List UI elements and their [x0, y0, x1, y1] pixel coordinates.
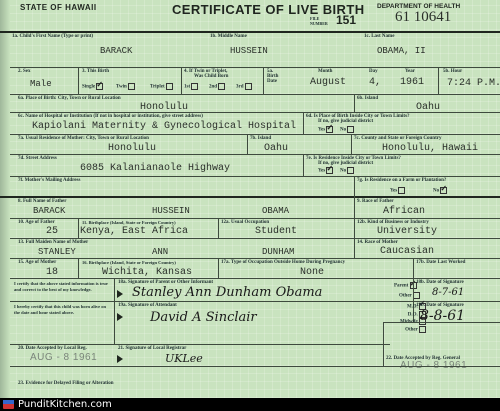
farm-no-checkbox[interactable] — [440, 187, 447, 194]
mother-age-label: 15. Age of Mother — [18, 260, 56, 266]
twin-checkbox[interactable] — [128, 83, 135, 90]
birth-inside-limits-label: 6d. Is Place of Birth Inside City or Tow… — [306, 114, 410, 124]
birth-year: 1961 — [400, 77, 424, 88]
local-registrar-signature: UKLee — [165, 352, 203, 365]
triplet-checkbox[interactable] — [166, 83, 173, 90]
informant-certification-statement: I certify that the above stated informat… — [14, 281, 112, 292]
mother-birthplace: Wichita, Kansas — [102, 267, 192, 278]
attendant-signature-label: 19a. Signature of Attendant — [118, 303, 177, 309]
mother-occupation-label: 17a. Type of Occupation Outside Home Dur… — [221, 260, 345, 266]
mother-residence-county-label: 7c. County and State or Foreign Country — [354, 136, 441, 142]
child-first-name: BARACK — [100, 46, 132, 56]
birth-inside-limits-no-checkbox[interactable] — [347, 126, 354, 133]
birth-day: 4, — [369, 77, 381, 88]
father-first-name: BARACK — [33, 206, 65, 216]
farm-yes-checkbox[interactable] — [398, 187, 405, 194]
second-born-checkbox[interactable] — [218, 83, 225, 90]
first-born-option: 1st — [184, 83, 198, 90]
birth-island-label: 6b. Island — [357, 96, 378, 102]
farm-label: 7g. Is Residence on a Farm or Plantation… — [357, 178, 446, 184]
birth-inside-limits-no: No — [340, 126, 354, 133]
page-edge — [0, 0, 10, 398]
birth-inside-limits-yes: Yes — [318, 126, 333, 133]
mother-residence-city: Honolulu — [108, 143, 156, 154]
father-name-label: 8. Full Name of Father — [18, 199, 66, 205]
site-logo-icon — [3, 400, 14, 409]
father-business: University — [377, 226, 437, 237]
father-age: 25 — [46, 226, 58, 237]
sex-label: 2. Sex — [18, 69, 31, 75]
birth-date-label: 5a.BirthDate — [267, 69, 278, 84]
attendant-other-checkbox[interactable] — [419, 326, 426, 333]
site-name: PunditKitchen.com — [18, 399, 112, 410]
day-label: Day — [369, 69, 378, 75]
hospital-name: Kapiolani Maternity & Gynecological Hosp… — [32, 121, 296, 132]
birth-inside-limits-yes-checkbox[interactable] — [326, 126, 333, 133]
mother-residence-island-label: 7b. Island — [250, 136, 271, 142]
informant-arrow-icon — [117, 290, 123, 298]
single-checkbox[interactable] — [96, 83, 103, 90]
file-number-label: FILENUMBER — [310, 16, 328, 26]
farm-no: No — [433, 187, 447, 194]
child-sex: Male — [30, 79, 52, 89]
residence-inside-limits-no: No — [340, 167, 354, 174]
birth-certificate: STATE OF HAWAII CERTIFICATE OF LIVE BIRT… — [0, 0, 500, 398]
third-born-checkbox[interactable] — [245, 83, 252, 90]
residence-inside-limits-yes-checkbox[interactable] — [326, 167, 333, 174]
informant-other: Other — [399, 292, 420, 299]
hospital-label: 6c. Name of Hospital or Institution (If … — [18, 114, 203, 120]
father-birthplace: Kenya, East Africa — [80, 226, 188, 237]
mother-name-label: 13. Full Maiden Name of Mother — [18, 240, 88, 246]
mother-race: Caucasian — [380, 246, 434, 257]
residence-inside-limits-yes: Yes — [318, 167, 333, 174]
father-occupation: Student — [255, 226, 297, 237]
mother-first-name: STANLEY — [38, 247, 76, 257]
twin-option: Twin — [116, 83, 135, 90]
father-race-label: 9. Race of Father — [357, 199, 394, 205]
farm-yes: Yes — [390, 187, 405, 194]
informant-date-label: 18b. Date of Signature — [416, 280, 464, 286]
mother-residence-island: Oahu — [264, 143, 288, 154]
mother-occupation: None — [300, 267, 324, 278]
informant-date: 8-7-61 — [432, 287, 464, 298]
father-race: African — [383, 206, 425, 217]
residence-inside-limits-no-checkbox[interactable] — [347, 167, 354, 174]
local-accepted-stamp: AUG - 8 1961 — [30, 352, 97, 363]
twin-order-label: 4. If Twin or Triplet,Was Child Born — [184, 69, 228, 79]
birth-month: August — [310, 77, 346, 88]
mother-mailing-address-label: 7f. Mother's Mailing Address — [18, 178, 80, 184]
child-last-name: OBAMA, II — [377, 46, 426, 56]
watermark-footer: PunditKitchen.com — [0, 398, 500, 411]
mother-residence-county: Honolulu, Hawaii — [382, 143, 478, 154]
mother-age: 18 — [46, 267, 58, 278]
this-birth-label: 3. This Birth — [82, 69, 109, 75]
attendant-signature: David A Sinclair — [150, 310, 257, 325]
father-middle-name: HUSSEIN — [152, 206, 190, 216]
informant-signature: Stanley Ann Dunham Obama — [132, 285, 322, 300]
child-middle-name-label: 1b. Middle Name — [210, 34, 247, 40]
second-born-option: 2nd — [209, 83, 225, 90]
state-heading: STATE OF HAWAII — [20, 3, 97, 12]
child-last-name-label: 1c. Last Name — [364, 34, 394, 40]
father-last-name: OBAMA — [262, 206, 289, 216]
mother-residence-city-label: 7a. Usual Residence of Mother: City, Tow… — [18, 136, 149, 142]
month-label: Month — [318, 69, 332, 75]
attendant-arrow-icon — [117, 313, 123, 321]
registrar-arrow-icon — [117, 355, 123, 363]
third-born-option: 3rd — [236, 83, 252, 90]
single-option: Single — [82, 83, 103, 90]
mother-street-label: 7d. Street Address — [18, 156, 57, 162]
file-number: 151 — [336, 13, 356, 27]
birth-city-label: 6a. Place of Birth: City, Town or Rural … — [18, 96, 121, 102]
child-first-name-label: 1a. Child's First Name (Type or print) — [12, 34, 93, 40]
delayed-filing-label: 23. Evidence for Delayed Filing or Alter… — [18, 381, 114, 387]
first-born-checkbox[interactable] — [191, 83, 198, 90]
certificate-number: 61 10641 — [395, 9, 451, 26]
mother-street: 6085 Kalanianaole Highway — [80, 163, 230, 174]
residence-inside-limits-label: 7e. Is Residence Inside City or Town Lim… — [306, 156, 401, 166]
mother-birthplace-label: 16. Birthplace (Island, State or Foreign… — [82, 260, 176, 266]
child-middle-name: HUSSEIN — [230, 46, 268, 56]
year-label: Year — [405, 69, 415, 75]
birth-hour: 7:24 P.M. — [447, 78, 500, 89]
hour-label: 5b. Hour — [443, 69, 462, 75]
mother-last-name: DUNHAM — [262, 247, 294, 257]
triplet-option: Triplet — [150, 83, 173, 90]
mother-middle-name: ANN — [152, 247, 168, 257]
mother-last-worked-label: 17b. Date Last Worked — [416, 260, 465, 266]
attendant-certification-statement: I hereby certify that this child was bor… — [14, 304, 112, 315]
